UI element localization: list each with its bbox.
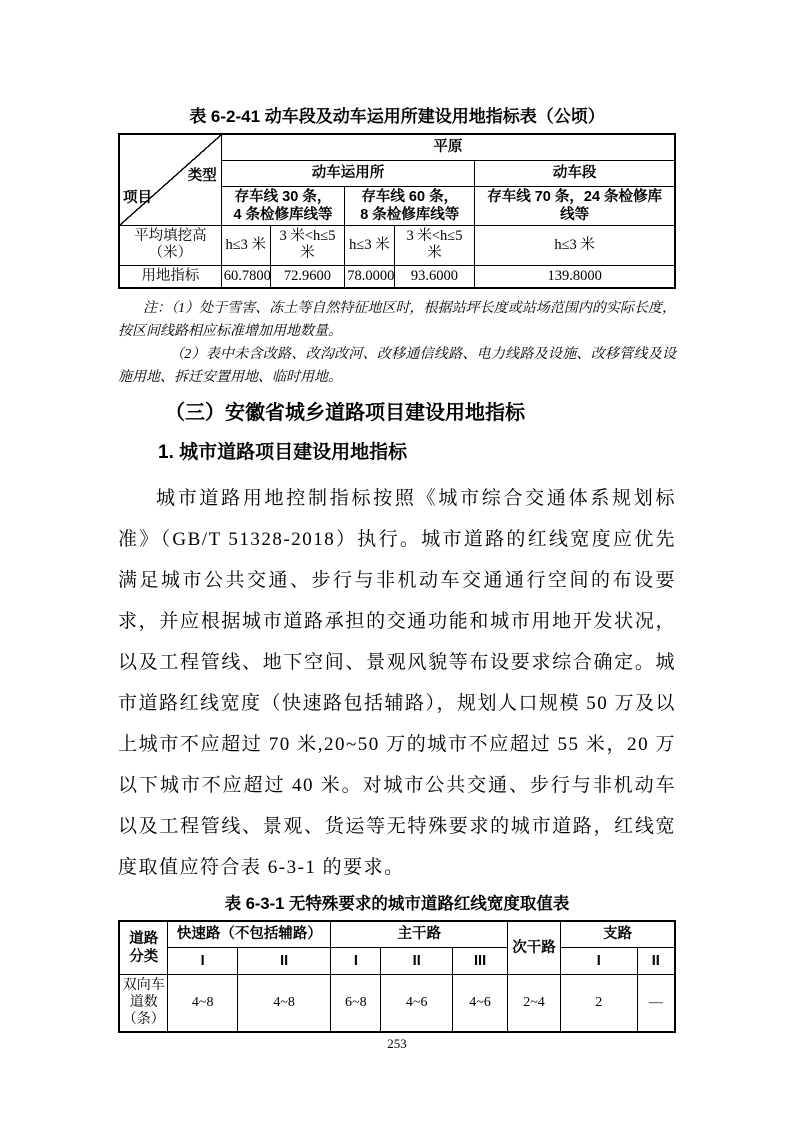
table2-value-cell: — bbox=[637, 974, 675, 1032]
table1-corner-type-label: 类型 bbox=[188, 167, 217, 185]
table1-corner-item-label: 项目 bbox=[123, 189, 152, 207]
table1-group-header-depot: 动车运用所 bbox=[221, 160, 475, 186]
table1-height-cell: 3 米<h≤5 米 bbox=[270, 225, 345, 265]
table1-group-header-section: 动车段 bbox=[475, 160, 675, 186]
table1-height-cell: h≤3 米 bbox=[345, 225, 394, 265]
table2-sub-col: II bbox=[237, 947, 330, 974]
table1-subhead: 存车线 70 条，24 条检修库 线等 bbox=[475, 186, 675, 225]
table2-value-cell: 4~8 bbox=[168, 974, 237, 1032]
note-item: 注：（1）处于雪害、冻土等自然特征地区时，根据站坪长度或站场范围内的实际长度，按… bbox=[118, 297, 676, 343]
table2-value-cell: 2~4 bbox=[508, 974, 561, 1032]
table1-notes: 注：（1）处于雪害、冻土等自然特征地区时，根据站坪长度或站场范围内的实际长度，按… bbox=[118, 297, 676, 389]
table1-height-cell: h≤3 米 bbox=[475, 225, 675, 265]
table2-group-branch: 支路 bbox=[560, 921, 675, 947]
note-item: （2）表中未含改路、改沟改河、改移通信线路、电力线路及设施、改移管线及设施用地、… bbox=[118, 343, 676, 389]
subsection-heading: 1. 城市道路项目建设用地指标 bbox=[158, 441, 676, 465]
table2-sub-col: I bbox=[331, 947, 381, 974]
table2-row-label: 双向车 道数 （条） bbox=[119, 974, 168, 1032]
table1-subhead: 存车线 60 条， 8 条检修库线等 bbox=[345, 186, 475, 225]
table2-value-cell: 4~8 bbox=[237, 974, 330, 1032]
table1-index-cell: 139.8000 bbox=[475, 265, 675, 288]
table2-sub-col: III bbox=[453, 947, 508, 974]
table1-height-cell: 3 米<h≤5 米 bbox=[394, 225, 475, 265]
table1: 类型 项目 平原 动车运用所 动车段 存车线 30 条， 4 条检修库线等 存车… bbox=[118, 133, 676, 289]
table2-value-cell: 6~8 bbox=[331, 974, 381, 1032]
table1-index-cell: 78.0000 bbox=[345, 265, 394, 288]
table2-sub-col: II bbox=[637, 947, 675, 974]
table1-index-cell: 60.7800 bbox=[221, 265, 270, 288]
table2-group-arterial: 主干路 bbox=[331, 921, 508, 947]
table2-value-cell: 4~6 bbox=[381, 974, 453, 1032]
table1-height-row-label: 平均填挖高 （米） bbox=[119, 225, 221, 265]
table2-value-cell: 4~6 bbox=[453, 974, 508, 1032]
page-number: 253 bbox=[0, 1036, 794, 1052]
table2-title: 表 6-3-1 无特殊要求的城市道路红线宽度取值表 bbox=[118, 893, 676, 915]
table1-index-cell: 72.9600 bbox=[270, 265, 345, 288]
table2-group-secondary: 次干路 bbox=[508, 921, 561, 974]
table1-height-cell: h≤3 米 bbox=[221, 225, 270, 265]
table2-sub-col: II bbox=[381, 947, 453, 974]
table2-value-cell: 2 bbox=[560, 974, 637, 1032]
body-paragraph: 城市道路用地控制指标按照《城市综合交通体系规划标准》（GB/T 51328-20… bbox=[118, 478, 676, 888]
table1-title: 表 6-2-41 动车段及动车运用所建设用地指标表（公顷） bbox=[118, 106, 676, 128]
table1-corner-cell: 类型 项目 bbox=[119, 134, 221, 225]
table2-group-expressway: 快速路（不包括辅路） bbox=[168, 921, 331, 947]
table1-terrain-header: 平原 bbox=[221, 134, 675, 160]
table2-corner-label: 道路 分类 bbox=[119, 921, 168, 974]
table1-index-cell: 93.6000 bbox=[394, 265, 475, 288]
table2-sub-col: I bbox=[560, 947, 637, 974]
table1-subhead: 存车线 30 条， 4 条检修库线等 bbox=[221, 186, 344, 225]
section-heading: （三）安徽省城乡道路项目建设用地指标 bbox=[165, 401, 676, 426]
document-page: 表 6-2-41 动车段及动车运用所建设用地指标表（公顷） 类型 项目 平原 动… bbox=[0, 0, 794, 1122]
table2-sub-col: I bbox=[168, 947, 237, 974]
table1-index-row-label: 用地指标 bbox=[119, 265, 221, 288]
table2: 道路 分类 快速路（不包括辅路） 主干路 次干路 支路 I II I II II… bbox=[118, 920, 676, 1033]
